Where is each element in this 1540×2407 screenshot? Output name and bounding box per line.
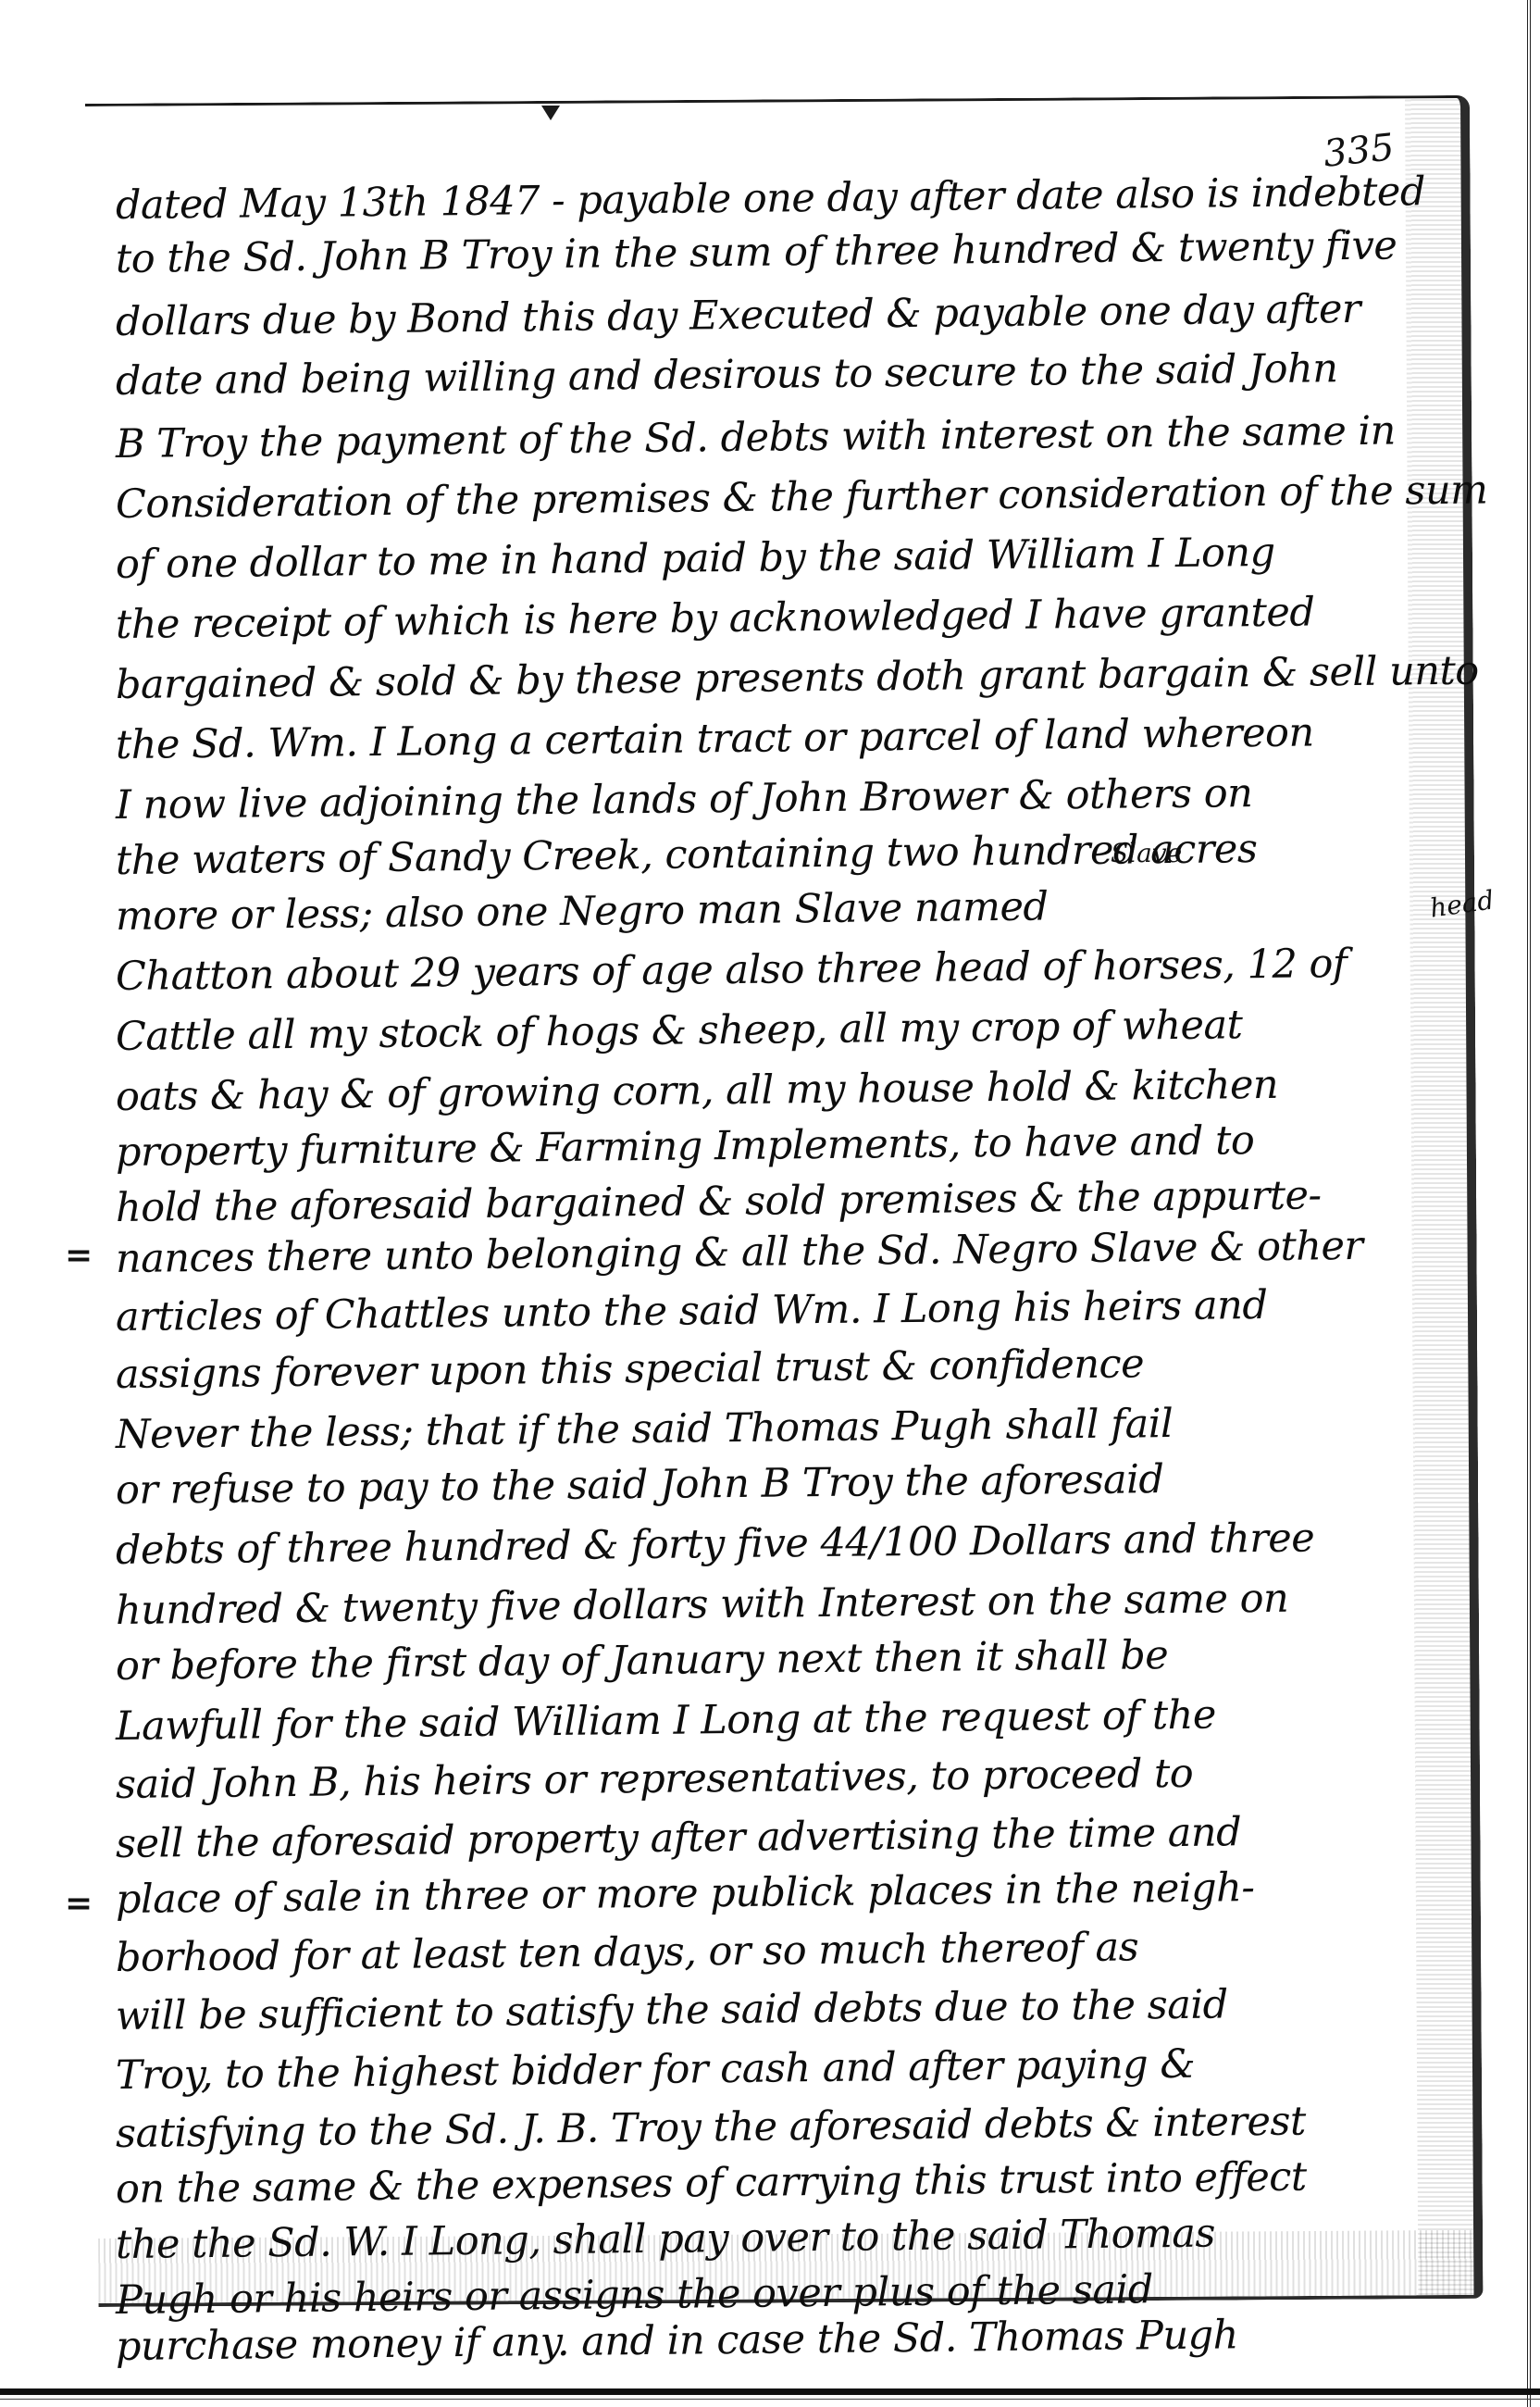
scan-bottom-rule (0, 2388, 1540, 2395)
margin-hyphen-mark: = (65, 1884, 93, 1923)
page-top-notch (541, 106, 560, 120)
scan-right-edge-rule (1527, 0, 1531, 2407)
scan-bottom-rule-thin (0, 2399, 1540, 2400)
margin-hyphen-mark: = (65, 1236, 93, 1275)
